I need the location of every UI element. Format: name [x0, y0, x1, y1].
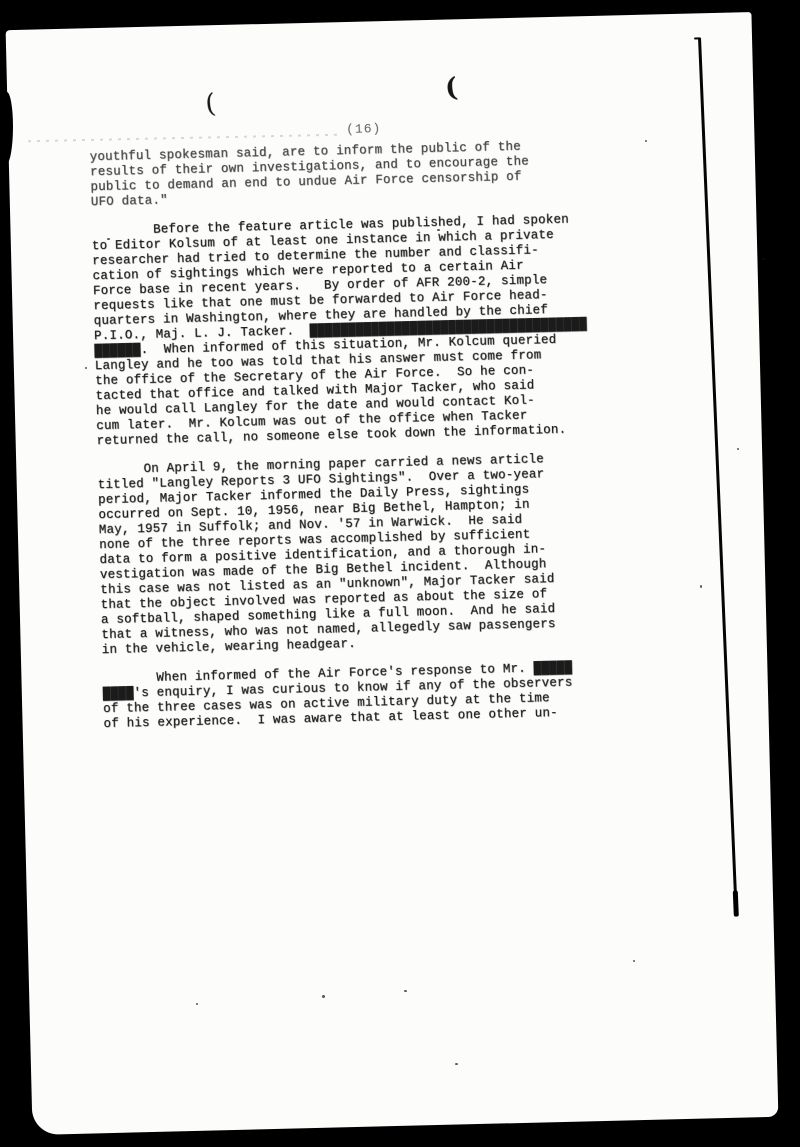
scan-speck [404, 990, 407, 992]
scan-speck [85, 367, 87, 369]
scan-speck [737, 448, 739, 450]
paragraph: On April 9, the morning paper carried a … [97, 451, 602, 658]
handwritten-paren-mark: ( [204, 89, 217, 120]
paragraph: youthful spokesman said, are to inform t… [90, 138, 591, 210]
handwritten-paren-mark: ( [444, 73, 460, 104]
scan-speck [107, 238, 110, 240]
page-number: (16) [346, 121, 382, 137]
scan-fold-line-end [733, 890, 739, 916]
document-text-block: youthful spokesman said, are to inform t… [90, 138, 604, 746]
scan-speck [645, 140, 647, 142]
scan-fold-line [698, 37, 737, 916]
scan-speck [762, 258, 765, 260]
scan-speck [633, 960, 635, 962]
paragraph: Before the feature article was published… [91, 212, 596, 449]
scan-speck [437, 229, 440, 231]
scan-speck [700, 585, 702, 588]
scan-background: ( ( (16) youthful spokesman said, are to… [0, 0, 800, 1147]
document-page: ( ( (16) youthful spokesman said, are to… [6, 12, 779, 1135]
scan-speck [455, 1063, 458, 1065]
paragraph: When informed of the Air Force's respons… [102, 660, 603, 732]
scan-speck [322, 995, 325, 998]
scan-speck [196, 1003, 198, 1005]
